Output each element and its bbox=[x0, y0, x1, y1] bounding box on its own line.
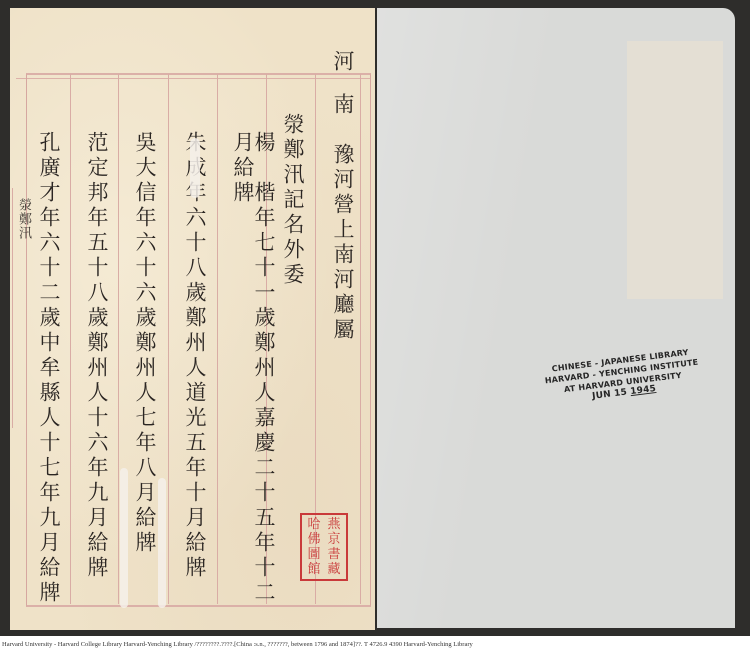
right-page bbox=[377, 8, 735, 628]
column-rule bbox=[217, 74, 218, 604]
fish-mouth-rule bbox=[12, 188, 13, 428]
scan-image: 滎鄭汛 河 南 豫河營上南河廳屬 滎鄭汛記名外委 楊 楷年七十一歲鄭州人嘉慶二十… bbox=[0, 0, 750, 636]
fish-mouth-label: 滎鄭汛 bbox=[14, 198, 33, 240]
text-column-4: 朱成年六十八歲鄭州人道光五年十月給牌 bbox=[184, 131, 205, 581]
paper-repair bbox=[158, 478, 166, 608]
column-rule bbox=[168, 74, 169, 604]
left-page: 滎鄭汛 河 南 豫河營上南河廳屬 滎鄭汛記名外委 楊 楷年七十一歲鄭州人嘉慶二十… bbox=[10, 8, 375, 630]
column-rule bbox=[360, 74, 361, 604]
paper-repair bbox=[190, 138, 200, 198]
seal-char: 書 bbox=[324, 547, 344, 562]
text-column-2: 滎鄭汛記名外委 bbox=[282, 113, 303, 288]
seal-char: 哈 bbox=[304, 517, 324, 532]
seal-char: 圖 bbox=[304, 547, 324, 562]
text-column-1: 南 豫河營上南河廳屬 bbox=[332, 93, 353, 343]
seal-char: 燕 bbox=[324, 517, 344, 532]
heading-char: 河 bbox=[332, 50, 353, 75]
column-rule bbox=[70, 74, 71, 604]
library-seal: 哈 燕 佛 京 圖 書 館 藏 bbox=[300, 513, 348, 581]
seal-char: 京 bbox=[324, 532, 344, 547]
seal-char: 館 bbox=[304, 562, 324, 577]
seal-char: 佛 bbox=[304, 532, 324, 547]
text-column-3: 楊 楷年七十一歲鄭州人嘉慶二十五年十二月給牌 bbox=[232, 131, 274, 630]
stamp-year: 1945 bbox=[630, 384, 657, 397]
image-caption: Harvard University - Harvard College Lib… bbox=[2, 641, 473, 648]
paper-patch bbox=[627, 41, 723, 299]
seal-char: 藏 bbox=[324, 562, 344, 577]
text-column-5: 吳大信年六十六歲鄭州人七年八月給牌 bbox=[134, 131, 155, 556]
paper-repair bbox=[120, 468, 128, 608]
column-rule bbox=[118, 74, 119, 604]
text-column-6: 范定邦年五十八歲鄭州人十六年九月給牌 bbox=[86, 131, 107, 581]
text-column-7: 孔廣才年六十二歲中牟縣人十七年九月給牌 bbox=[38, 131, 59, 606]
